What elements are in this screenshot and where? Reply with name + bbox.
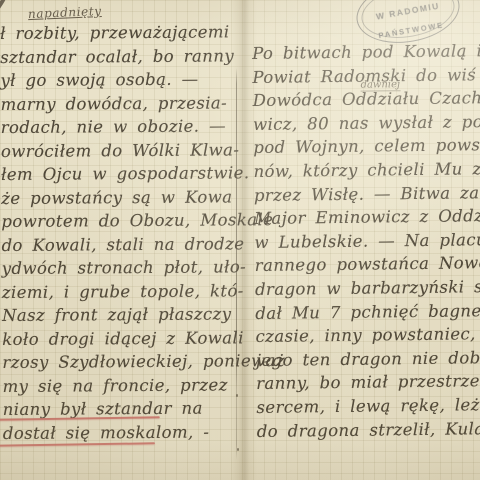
manuscript-line: czasie, inny powstaniec, t	[255, 322, 480, 348]
manuscript-line: w Lubelskie. — Na placu b	[254, 228, 480, 254]
manuscript-line: koło drogi idącej z Kowali	[2, 326, 239, 351]
manuscript-line: pod Wojnyn, celem powstrzy	[253, 134, 480, 160]
manuscript-line: rzosy Szydłowieckiej, ponieważ	[2, 349, 239, 374]
manuscript-line: rodach, nie w obozie. —	[1, 114, 238, 139]
manuscript-line: owróciłem do Wólki Klwa-	[1, 138, 238, 163]
manuscript-line: Major Eminowicz z Oddzi	[254, 204, 480, 230]
manuscript-line: dragon w barbarzyński spos	[255, 275, 480, 301]
right-page: dawniej Po bitwach pod Kowalą i WiPowiat…	[252, 39, 480, 443]
margin-note: napadnięty	[28, 4, 102, 21]
manuscript-line: ranny, bo miał przestrzelon	[256, 369, 480, 395]
manuscript-line: ł rozbity, przeważającemi	[0, 20, 237, 45]
manuscript-line: sercem, i lewą rękę, leżąc	[256, 393, 480, 419]
manuscript-line: wicz, 80 nas wysłał z poruc	[253, 110, 480, 136]
ink-speck	[237, 448, 239, 451]
manuscript-line: rannego powstańca Nowowi	[255, 252, 480, 278]
left-page-text: ł rozbity, przeważającemisztandar ocalał…	[0, 20, 240, 445]
edge-ink-stroke	[0, 0, 8, 15]
manuscript-line: Po bitwach pod Kowalą i Wi	[252, 39, 480, 65]
manuscript-line: ydwóch stronach płot, uło-	[2, 255, 239, 280]
manuscript-line: my się na froncie, przez	[2, 373, 239, 398]
manuscript-line: nów, którzy chcieli Mu zatam	[253, 157, 480, 183]
manuscript-line: łem Ojcu w gospodarstwie.	[1, 161, 238, 186]
manuscript-line: dostał się moskalom, -	[3, 420, 240, 445]
manuscript-line: Nasz front zajął płaszczy	[2, 302, 239, 327]
manuscript-line: dał Mu 7 pchnięć bagnete	[255, 299, 480, 325]
right-page-text: Po bitwach pod Kowalą i WiPowiat Radomsk…	[252, 39, 480, 443]
manuscript-line: przez Wisłę. — Bitwa zatrzy	[254, 181, 480, 207]
manuscript-line: jego ten dragon nie dobił	[256, 346, 480, 372]
manuscript-line: marny dowódca, przesia-	[0, 91, 237, 116]
left-page: napadnięty ł rozbity, przeważającemiszta…	[0, 20, 240, 445]
manuscript-line: Dowódca Oddziału Czachow	[253, 86, 480, 112]
manuscript-line: do Kowali, stali na drodze	[1, 232, 238, 257]
manuscript-line: niany był sztandar na	[3, 396, 240, 421]
manuscript-line: powrotem do Obozu, Moskale	[1, 208, 238, 233]
manuscript-line: sztandar ocalał, bo ranny	[0, 44, 237, 69]
manuscript-line: do dragona strzelił, Kula	[257, 417, 480, 443]
manuscript-line: Powiat Radomski do wiś	[252, 63, 480, 89]
manuscript-line: ył go swoją osobą. —	[0, 67, 237, 92]
manuscript-line: że powstańcy są w Kowa	[1, 185, 238, 210]
manuscript-scan: napadnięty ł rozbity, przeważającemiszta…	[0, 0, 480, 480]
manuscript-line: ziemi, i grube topole, któ-	[2, 279, 239, 304]
